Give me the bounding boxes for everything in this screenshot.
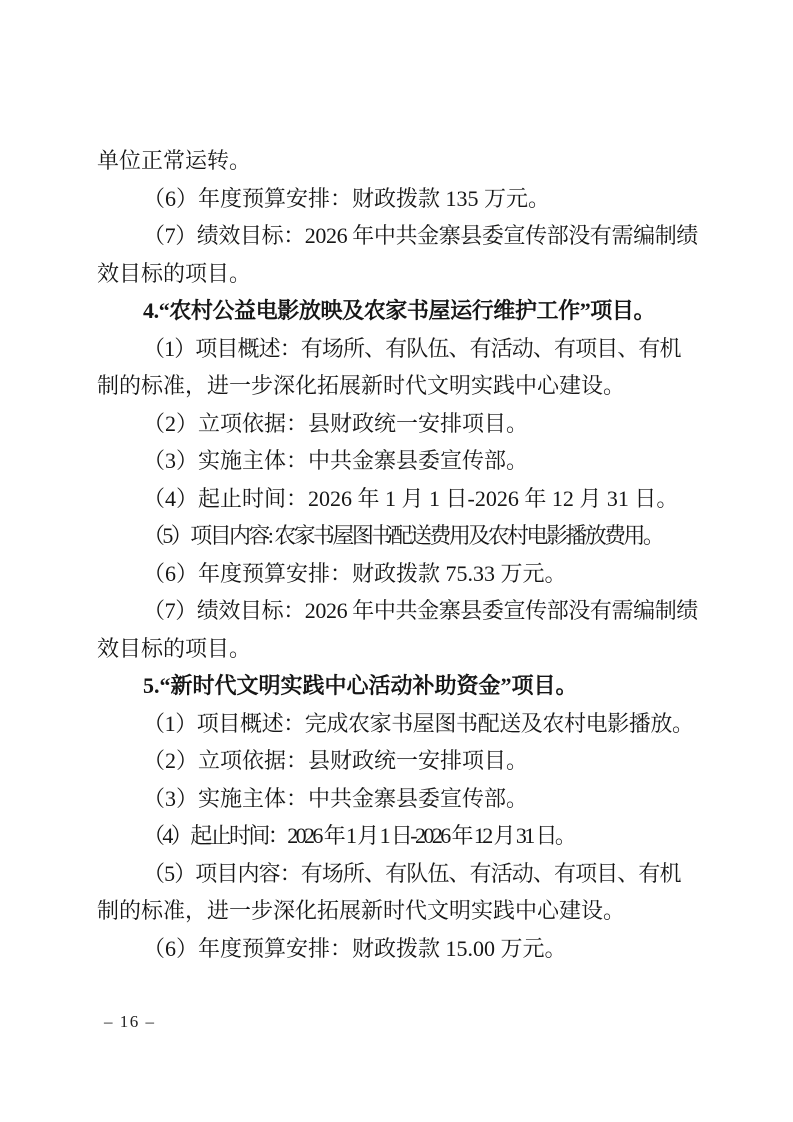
section-5-heading: 5.“新时代文明实践中心活动补助资金”项目。 <box>97 667 705 705</box>
body-line: （1）项目概述：有场所、有队伍、有活动、有项目、有机 <box>97 330 705 368</box>
document-page: 单位正常运转。 （6）年度预算安排：财政拨款 135 万元。 （7）绩效目标：2… <box>0 0 793 1122</box>
body-line: （5）项目内容：有场所、有队伍、有活动、有项目、有机 <box>97 855 705 893</box>
body-line: 制的标准，进一步深化拓展新时代文明实践中心建设。 <box>97 892 705 930</box>
body-line: （4）起止时间：2026 年 1 月 1 日-2026 年 12 月 31 日。 <box>97 480 705 518</box>
body-line: （3）实施主体：中共金寨县委宣传部。 <box>97 442 705 480</box>
body-line: （7）绩效目标：2026 年中共金寨县委宣传部没有需编制绩 <box>97 217 705 255</box>
body-line: （7）绩效目标：2026 年中共金寨县委宣传部没有需编制绩 <box>97 592 705 630</box>
body-line: （3）实施主体：中共金寨县委宣传部。 <box>97 780 705 818</box>
body-line: 单位正常运转。 <box>97 142 705 180</box>
body-line: （5）项目内容: 农家书屋图书配送费用及农村电影播放费用。 <box>97 517 705 555</box>
body-line: 效目标的项目。 <box>97 255 705 293</box>
body-line: （6）年度预算安排：财政拨款 15.00 万元。 <box>97 930 705 968</box>
body-line: （6）年度预算安排：财政拨款 75.33 万元。 <box>97 555 705 593</box>
section-4-heading: 4.“农村公益电影放映及农家书屋运行维护工作”项目。 <box>97 292 705 330</box>
body-line: （2）立项依据：县财政统一安排项目。 <box>97 405 705 443</box>
body-line: （6）年度预算安排：财政拨款 135 万元。 <box>97 180 705 218</box>
body-line: （1）项目概述：完成农家书屋图书配送及农村电影播放。 <box>97 705 705 743</box>
page-number: – 16 – <box>104 1010 156 1034</box>
body-line: 制的标准，进一步深化拓展新时代文明实践中心建设。 <box>97 367 705 405</box>
body-line: （4）起止时间：2026 年 1 月 1 日-2026 年 12 月 31 日。 <box>97 817 705 855</box>
document-text-block: 单位正常运转。 （6）年度预算安排：财政拨款 135 万元。 （7）绩效目标：2… <box>97 142 705 967</box>
body-line: （2）立项依据：县财政统一安排项目。 <box>97 742 705 780</box>
body-line: 效目标的项目。 <box>97 630 705 668</box>
